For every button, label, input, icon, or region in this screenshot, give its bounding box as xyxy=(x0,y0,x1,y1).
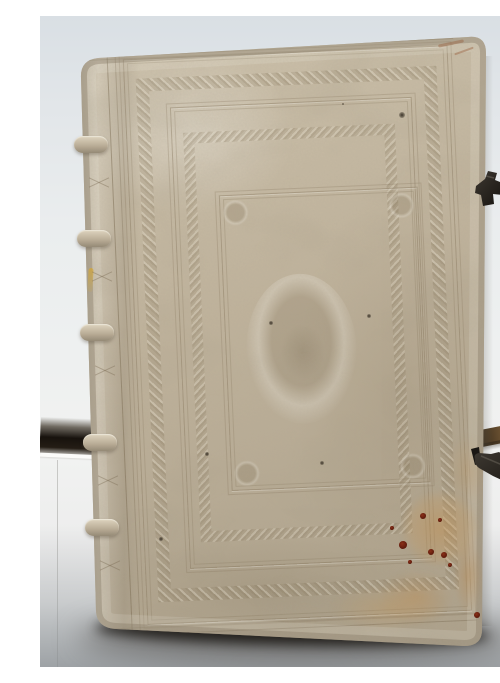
stain-droplet xyxy=(408,560,412,564)
dark-speck xyxy=(269,321,273,325)
metal-clasp-lower xyxy=(468,442,500,504)
stain-patch-bottom xyxy=(330,586,446,630)
dark-speck xyxy=(342,103,344,105)
metal-clasp-upper xyxy=(473,166,500,218)
dark-speck xyxy=(205,452,209,456)
raised-spine-band xyxy=(80,324,114,341)
stain-droplet xyxy=(438,518,442,522)
photo-antique-book xyxy=(40,16,500,667)
dark-speck xyxy=(159,537,163,541)
stain-droplet xyxy=(448,563,452,567)
book-cover xyxy=(40,16,500,667)
dark-speck xyxy=(320,461,324,465)
raised-spine-band xyxy=(74,136,108,153)
dark-speck xyxy=(399,112,405,118)
raised-spine-band xyxy=(77,230,111,247)
dark-speck xyxy=(367,314,371,318)
raised-spine-band xyxy=(83,434,117,451)
stain-droplet xyxy=(390,526,394,530)
raised-spine-band xyxy=(85,519,119,536)
